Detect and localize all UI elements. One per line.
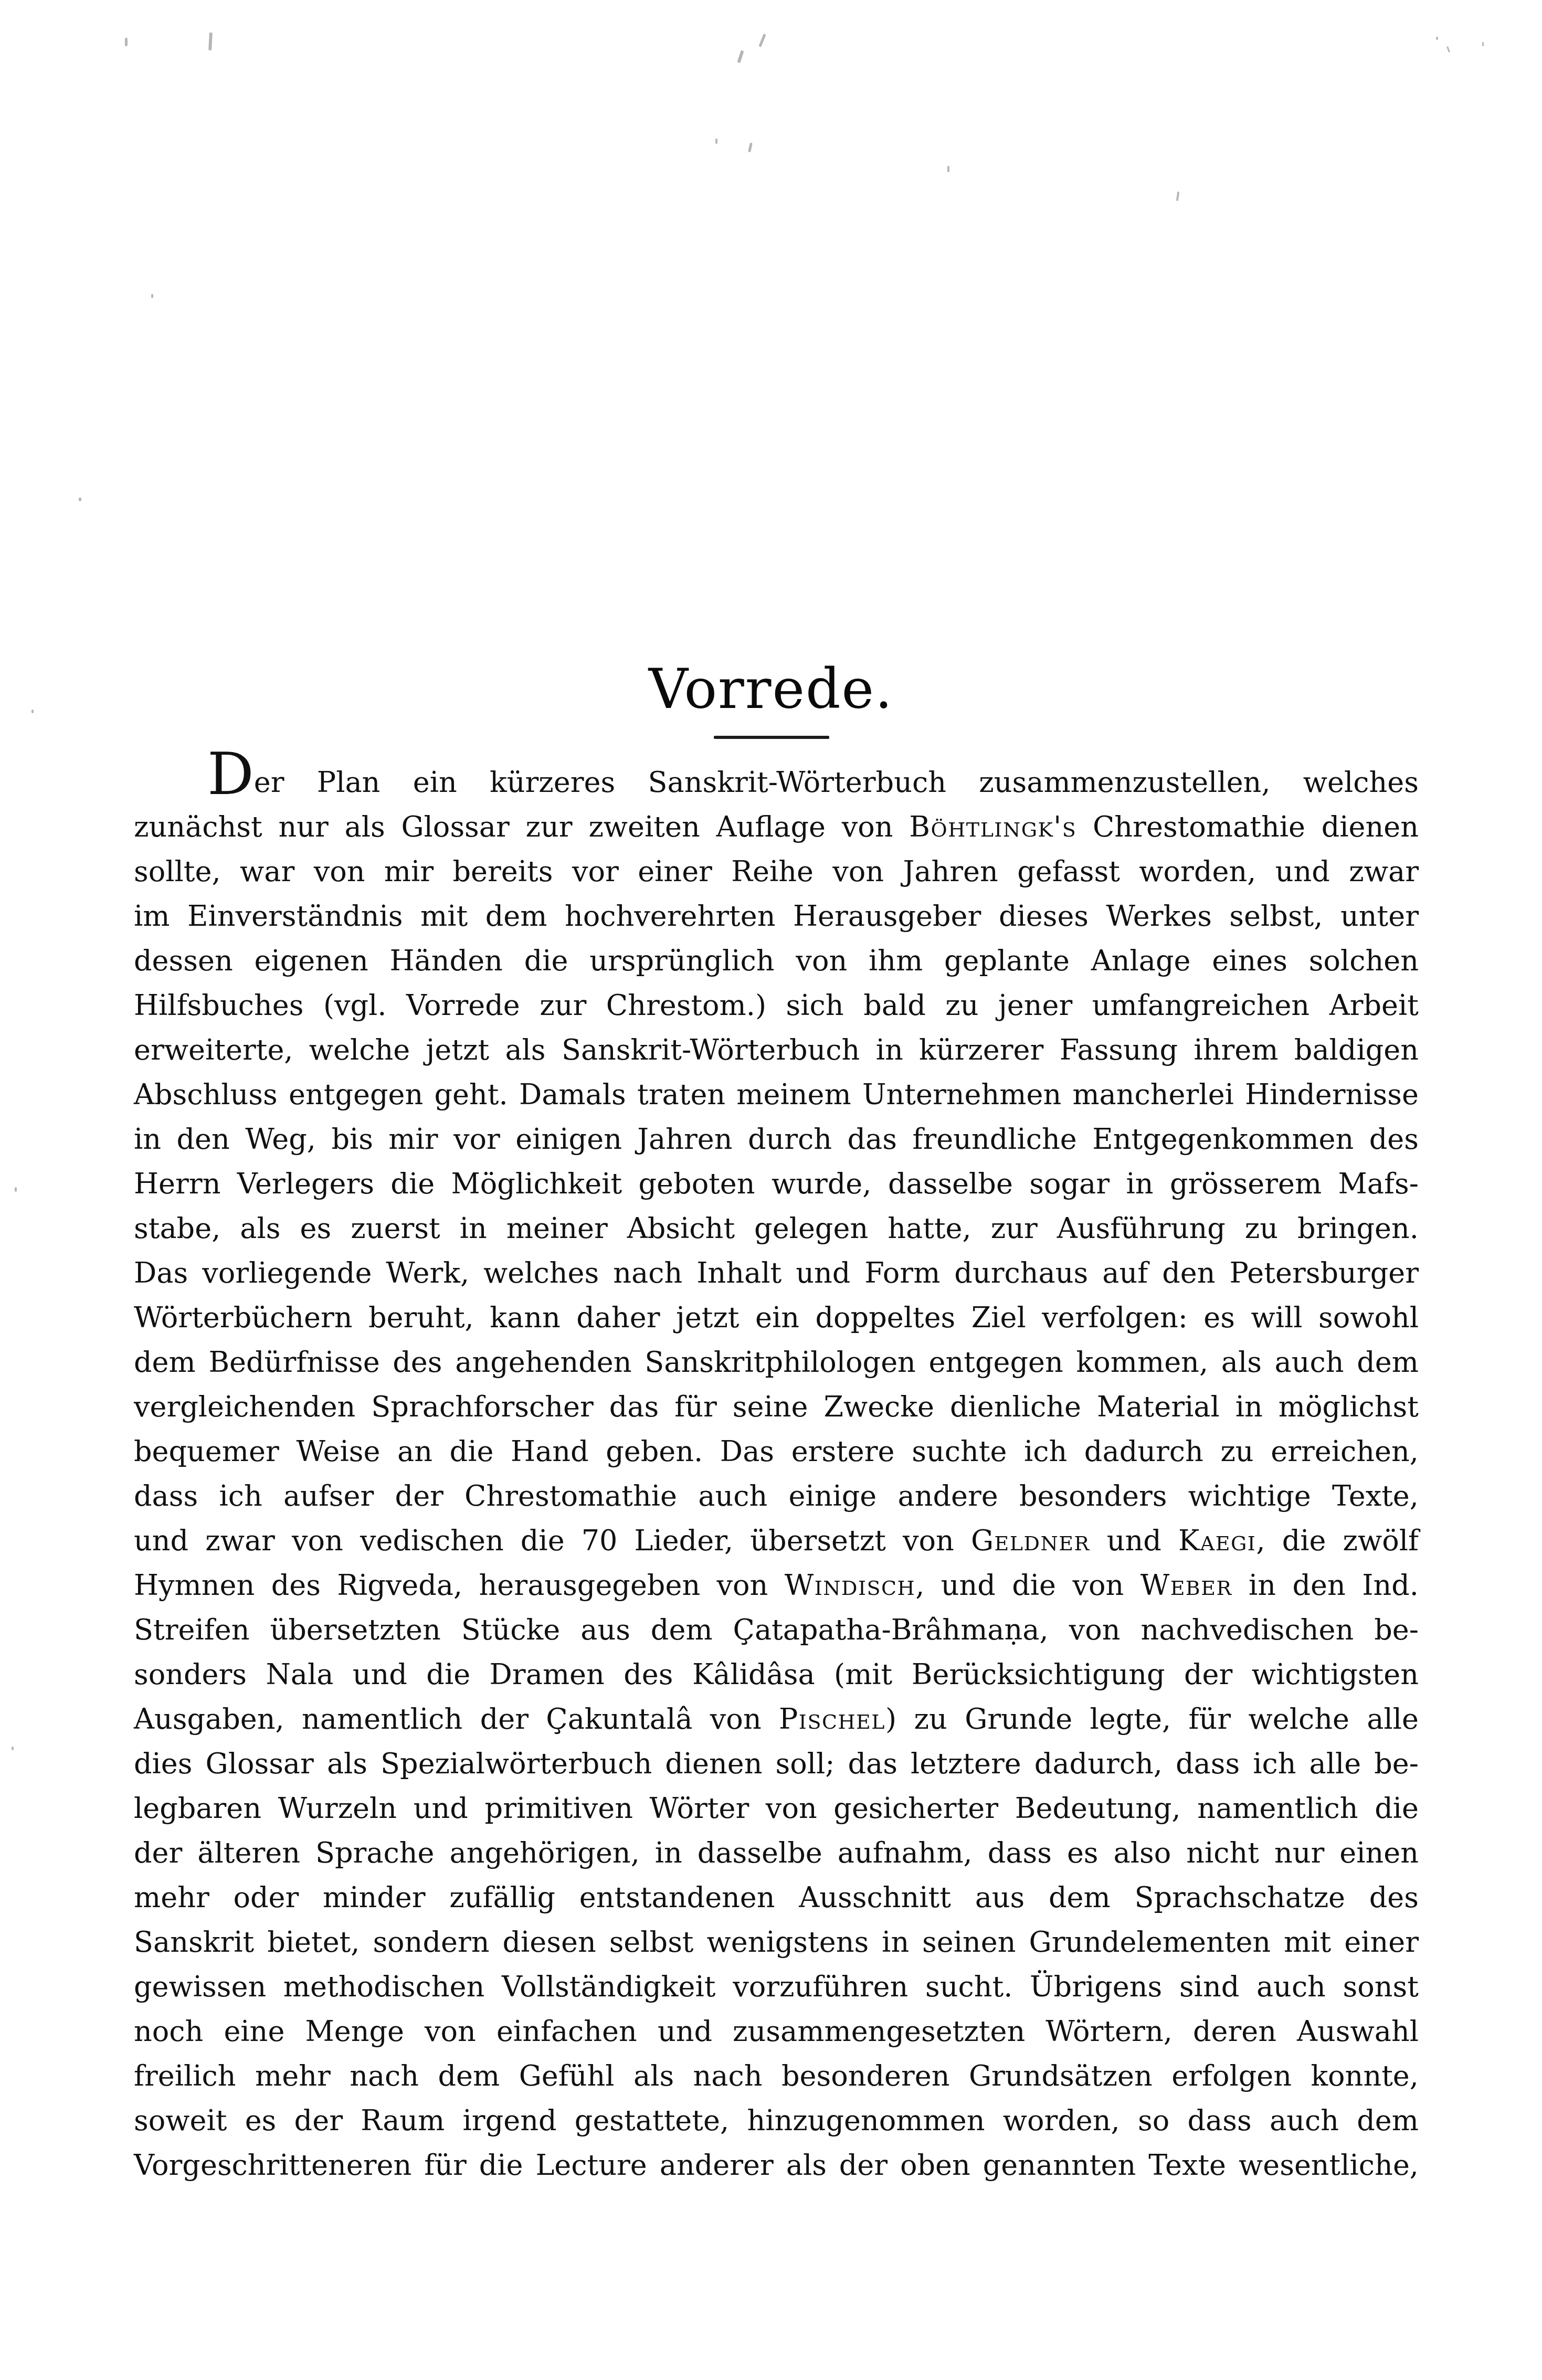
text-segment: Chrestomathie dienen bbox=[1076, 810, 1419, 843]
text-segment: er Plan ein kürzeres Sanskrit-Wörterbuch… bbox=[254, 766, 1419, 799]
smallcaps-name: Kaegi bbox=[1178, 1524, 1256, 1557]
text-line: im Einverständnis mit dem hochverehrten … bbox=[134, 894, 1419, 938]
text-segment: im Einverständnis mit dem hochverehrten … bbox=[134, 900, 1419, 933]
text-segment: Wörterbüchern beruht, kann daher jetzt e… bbox=[134, 1301, 1419, 1334]
text-segment: und bbox=[1090, 1524, 1178, 1557]
text-line: Ausgaben, namentlich der Çakuntalâ von P… bbox=[134, 1697, 1419, 1741]
dropcap-initial: D bbox=[207, 741, 254, 808]
text-segment: dies Glossar als Spezialwörterbuch diene… bbox=[134, 1747, 1419, 1780]
text-line: sonders Nala und die Dramen des Kâlidâsa… bbox=[134, 1652, 1419, 1697]
text-line: der älteren Sprache angehörigen, in dass… bbox=[134, 1831, 1419, 1875]
text-segment: zunächst nur als Glossar zur zweiten Auf… bbox=[134, 810, 909, 843]
text-line: zunächst nur als Glossar zur zweiten Auf… bbox=[134, 805, 1419, 849]
text-line: Herrn Verlegers die Möglichkeit geboten … bbox=[134, 1161, 1419, 1206]
scan-artifact bbox=[947, 166, 949, 172]
text-segment: Streifen übersetzten Stücke aus dem Çata… bbox=[134, 1613, 1419, 1646]
scan-artifact bbox=[125, 38, 128, 46]
scan-artifact bbox=[737, 50, 744, 64]
text-line: Vorgeschritteneren für die Lecture ander… bbox=[134, 2143, 1419, 2187]
text-segment: soweit es der Raum irgend gestattete, hi… bbox=[134, 2104, 1419, 2137]
book-page: Vorrede. Der Plan ein kürzeres Sanskrit-… bbox=[0, 0, 1542, 2380]
text-line: Sanskrit bietet, sondern diesen selbst w… bbox=[134, 1920, 1419, 1964]
text-segment: dass ich aufser der Chrestomathie auch e… bbox=[134, 1479, 1419, 1512]
text-segment: in den Ind. bbox=[1232, 1569, 1419, 1602]
text-segment: Herrn Verlegers die Möglichkeit geboten … bbox=[134, 1167, 1419, 1200]
text-segment: legbaren Wurzeln und primitiven Wörter v… bbox=[134, 1792, 1419, 1825]
text-line: Das vorliegende Werk, welches nach Inhal… bbox=[134, 1251, 1419, 1295]
scan-artifact bbox=[748, 143, 753, 153]
text-segment: vergleichenden Sprachforscher das für se… bbox=[134, 1390, 1419, 1423]
text-line: bequemer Weise an die Hand geben. Das er… bbox=[134, 1429, 1419, 1474]
text-segment: der älteren Sprache angehörigen, in dass… bbox=[134, 1836, 1419, 1869]
text-line: Streifen übersetzten Stücke aus dem Çata… bbox=[134, 1607, 1419, 1652]
text-line: soweit es der Raum irgend gestattete, hi… bbox=[134, 2098, 1419, 2143]
text-segment: Vorgeschritteneren für die Lecture ander… bbox=[134, 2149, 1419, 2182]
text-segment: Ausgaben, namentlich der Çakuntalâ von bbox=[134, 1702, 779, 1736]
smallcaps-name: Windisch bbox=[785, 1569, 916, 1602]
text-line: mehr oder minder zufällig entstandenen A… bbox=[134, 1875, 1419, 1920]
text-segment: stabe, als es zuerst in meiner Absicht g… bbox=[134, 1212, 1419, 1245]
scan-artifact bbox=[1446, 46, 1450, 52]
smallcaps-name: Geldner bbox=[971, 1524, 1090, 1557]
scan-artifact bbox=[15, 1187, 17, 1192]
text-segment: dem Bedürfnisse des angehenden Sanskritp… bbox=[134, 1346, 1419, 1379]
text-line: Wörterbüchern beruht, kann daher jetzt e… bbox=[134, 1295, 1419, 1340]
text-segment: Hilfsbuches (vgl. Vorrede zur Chrestom.)… bbox=[134, 989, 1419, 1022]
text-segment: Hymnen des Rigveda, herausgegeben von bbox=[134, 1569, 785, 1602]
text-segment: mehr oder minder zufällig entstandenen A… bbox=[134, 1881, 1419, 1914]
text-line: stabe, als es zuerst in meiner Absicht g… bbox=[134, 1206, 1419, 1251]
text-segment: noch eine Menge von einfachen und zusamm… bbox=[134, 2015, 1419, 2048]
scan-artifact bbox=[208, 33, 213, 50]
text-segment: , die zwölf bbox=[1256, 1524, 1419, 1557]
text-line: dies Glossar als Spezialwörterbuch diene… bbox=[134, 1741, 1419, 1786]
text-segment: sonders Nala und die Dramen des Kâlidâsa… bbox=[134, 1658, 1419, 1691]
text-segment: und zwar von vedischen die 70 Lieder, üb… bbox=[134, 1524, 971, 1557]
scan-artifact bbox=[715, 139, 717, 144]
text-segment: bequemer Weise an die Hand geben. Das er… bbox=[134, 1435, 1419, 1468]
smallcaps-name: Weber bbox=[1140, 1569, 1232, 1602]
text-line: freilich mehr nach dem Gefühl als nach b… bbox=[134, 2054, 1419, 2098]
text-line: erweiterte, welche jetzt als Sanskrit-Wö… bbox=[134, 1028, 1419, 1072]
scan-artifact bbox=[12, 1747, 14, 1750]
text-line: dass ich aufser der Chrestomathie auch e… bbox=[134, 1474, 1419, 1518]
text-line: dem Bedürfnisse des angehenden Sanskritp… bbox=[134, 1340, 1419, 1384]
scan-artifact bbox=[151, 294, 153, 298]
text-segment: erweiterte, welche jetzt als Sanskrit-Wö… bbox=[134, 1033, 1419, 1066]
text-line: gewissen methodischen Vollständigkeit vo… bbox=[134, 1964, 1419, 2009]
scan-artifact bbox=[1436, 37, 1438, 40]
text-line: Hilfsbuches (vgl. Vorrede zur Chrestom.)… bbox=[134, 983, 1419, 1028]
text-segment: Abschluss entgegen geht. Damals traten m… bbox=[134, 1078, 1419, 1111]
text-line: Hymnen des Rigveda, herausgegeben von Wi… bbox=[134, 1563, 1419, 1607]
text-segment: sollte, war von mir bereits vor einer Re… bbox=[134, 855, 1419, 888]
text-line: und zwar von vedischen die 70 Lieder, üb… bbox=[134, 1518, 1419, 1563]
text-line: legbaren Wurzeln und primitiven Wörter v… bbox=[134, 1786, 1419, 1831]
text-segment: Sanskrit bietet, sondern diesen selbst w… bbox=[134, 1926, 1419, 1959]
text-line: Abschluss entgegen geht. Damals traten m… bbox=[134, 1072, 1419, 1117]
text-segment: Das vorliegende Werk, welches nach Inhal… bbox=[134, 1256, 1419, 1289]
text-segment: freilich mehr nach dem Gefühl als nach b… bbox=[134, 2059, 1419, 2092]
text-line: dessen eigenen Händen die ursprünglich v… bbox=[134, 938, 1419, 983]
smallcaps-name: Pischel bbox=[779, 1702, 885, 1736]
scan-artifact bbox=[1482, 42, 1484, 46]
text-line: in den Weg, bis mir vor einigen Jahren d… bbox=[134, 1117, 1419, 1161]
text-segment: gewissen methodischen Vollständigkeit vo… bbox=[134, 1970, 1419, 2003]
text-line: sollte, war von mir bereits vor einer Re… bbox=[134, 849, 1419, 894]
smallcaps-name: Böhtlingk's bbox=[909, 810, 1076, 843]
scan-artifact bbox=[758, 34, 766, 47]
text-segment: ) zu Grunde legte, für welche alle bbox=[885, 1702, 1419, 1736]
preface-paragraph: Der Plan ein kürzeres Sanskrit-Wörterbuc… bbox=[134, 760, 1419, 2187]
title-divider-rule bbox=[714, 736, 829, 739]
text-segment: dessen eigenen Händen die ursprünglich v… bbox=[134, 944, 1419, 977]
scan-artifact bbox=[1176, 192, 1179, 201]
scan-artifact bbox=[79, 498, 81, 501]
page-title: Vorrede. bbox=[0, 657, 1542, 721]
text-line: Der Plan ein kürzeres Sanskrit-Wörterbuc… bbox=[134, 760, 1419, 805]
text-line: noch eine Menge von einfachen und zusamm… bbox=[134, 2009, 1419, 2054]
text-line: vergleichenden Sprachforscher das für se… bbox=[134, 1384, 1419, 1429]
text-segment: , und die von bbox=[915, 1569, 1140, 1602]
text-segment: in den Weg, bis mir vor einigen Jahren d… bbox=[134, 1123, 1419, 1156]
